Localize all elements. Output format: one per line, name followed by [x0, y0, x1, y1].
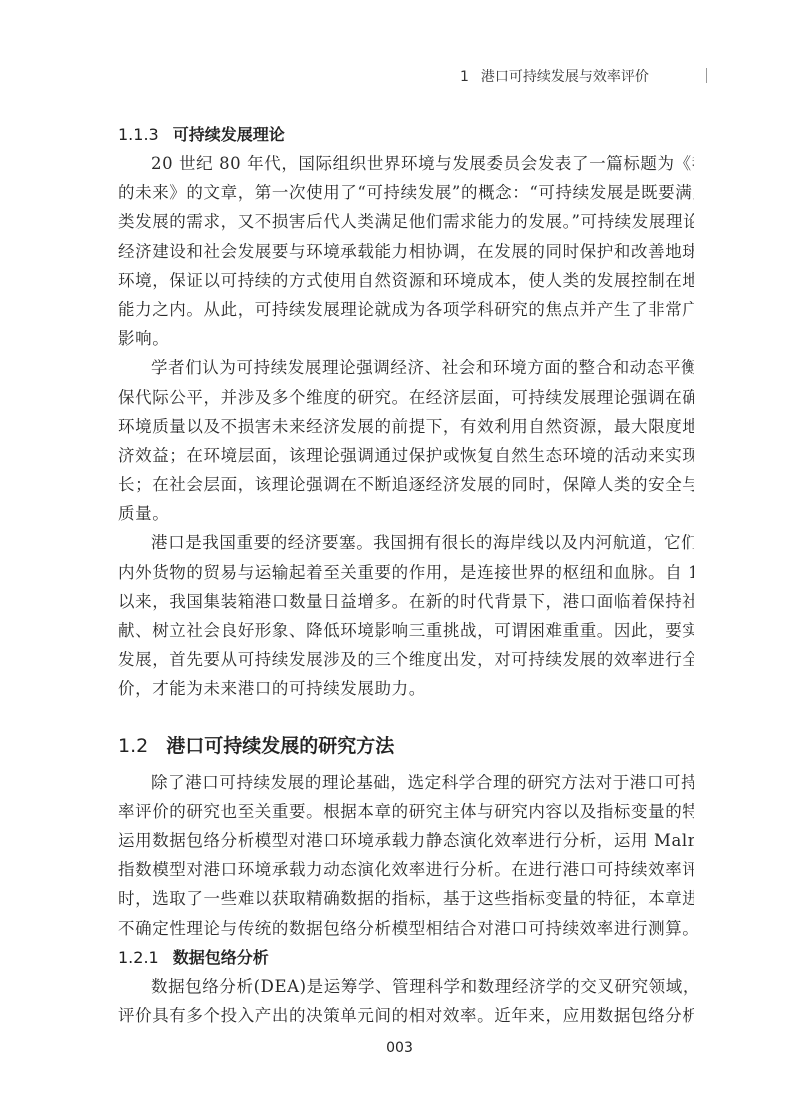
section-heading-1-2: 1.2港口可持续发展的研究方法 [118, 726, 694, 766]
text-line: 保代际公平，并涉及多个维度的研究。在经济层面，可持续发展理论强调在确保生态 [118, 383, 694, 412]
section-title: 数据包络分析 [173, 948, 269, 967]
running-header: 1港口可持续发展与效率评价 [460, 66, 710, 86]
text-line: 内外货物的贸易与运输起着至关重要的作用，是连接世界的枢纽和血脉。自 1985 年 [118, 558, 694, 587]
section-title: 可持续发展理论 [173, 125, 285, 144]
header-divider [706, 68, 707, 83]
text-line: 时，选取了一些难以获取精确数据的指标，基于这些指标变量的特征，本章进一步将 [118, 884, 694, 913]
text-line: 济效益；在环境层面，该理论强调通过保护或恢复自然生态环境的活动来实现经济增 [118, 441, 694, 470]
paragraph-research-methods: 除了港口可持续发展的理论基础，选定科学合理的研究方法对于港口可持续效 率评价的研… [118, 768, 694, 943]
section-number: 1.2 [118, 735, 148, 757]
section-heading-1-2-1: 1.2.1数据包络分析 [118, 943, 694, 972]
section-number: 1.1.3 [118, 125, 159, 144]
text-line: 价，才能为未来港口的可持续发展助力。 [118, 674, 694, 703]
text-line: 运用数据包络分析模型对港口环境承载力静态演化效率进行分析，运用 Malmquis… [118, 826, 694, 855]
text-line: 不确定性理论与传统的数据包络分析模型相结合对港口可持续效率进行测算。 [118, 914, 694, 943]
text-line: 环境质量以及不损害未来经济发展的前提下，有效利用自然资源，最大限度地提高经 [118, 412, 694, 441]
section-heading-1-1-3: 1.1.3可持续发展理论 [118, 120, 694, 149]
text-line: 港口是我国重要的经济要塞。我国拥有很长的海岸线以及内河航道，它们对国 [118, 528, 694, 557]
paragraph-dea-intro: 数据包络分析(DEA)是运筹学、管理科学和数理经济学的交叉研究领域，用来 评价具… [118, 972, 694, 1030]
text-line: 发展，首先要从可持续发展涉及的三个维度出发，对可持续发展的效率进行全面评 [118, 645, 694, 674]
chapter-number: 1 [460, 69, 469, 85]
page-body: 1.1.3可持续发展理论 20 世纪 80 年代，国际组织世界环境与发展委员会发… [118, 120, 694, 1030]
text-line: 率评价的研究也至关重要。根据本章的研究主体与研究内容以及指标变量的特征， [118, 797, 694, 826]
chapter-title: 港口可持续发展与效率评价 [481, 69, 649, 85]
text-line: 以来，我国集装箱港口数量日益增多。在新的时代背景下，港口面临着保持社会贡 [118, 587, 694, 616]
text-line: 长；在社会层面，该理论强调在不断追逐经济发展的同时，保障人类的安全与生活 [118, 470, 694, 499]
page-number: 003 [0, 1040, 799, 1056]
text-line: 质量。 [118, 499, 694, 528]
paragraph-port-importance: 港口是我国重要的经济要塞。我国拥有很长的海岸线以及内河航道，它们对国 内外货物的… [118, 528, 694, 703]
paragraph-sustainability-origin: 20 世纪 80 年代，国际组织世界环境与发展委员会发表了一篇标题为《我们共同 … [118, 149, 694, 353]
text-line: 环境，保证以可持续的方式使用自然资源和环境成本，使人类的发展控制在地球承载 [118, 266, 694, 295]
text-line: 经济建设和社会发展要与环境承载能力相协调，在发展的同时保护和改善地球生态 [118, 237, 694, 266]
section-number: 1.2.1 [118, 948, 159, 967]
text-line: 指数模型对港口环境承载力动态演化效率进行分析。在进行港口可持续效率评价 [118, 855, 694, 884]
text-line: 献、树立社会良好形象、降低环境影响三重挑战，可谓困难重重。因此，要实现可持续 [118, 616, 694, 645]
section-title: 港口可持续发展的研究方法 [166, 735, 394, 757]
text-line: 能力之内。从此，可持续发展理论就成为各项学科研究的焦点并产生了非常广泛的 [118, 295, 694, 324]
text-line: 除了港口可持续发展的理论基础，选定科学合理的研究方法对于港口可持续效 [118, 768, 694, 797]
text-line: 影响。 [118, 324, 694, 353]
text-line: 的未来》的文章，第一次使用了“可持续发展”的概念：“可持续发展是既要满足当前人 [118, 178, 694, 207]
paragraph-sustainability-dimensions: 学者们认为可持续发展理论强调经济、社会和环境方面的整合和动态平衡，以确 保代际公… [118, 353, 694, 528]
text-line: 20 世纪 80 年代，国际组织世界环境与发展委员会发表了一篇标题为《我们共同 [118, 149, 694, 178]
text-line: 类发展的需求，又不损害后代人类满足他们需求能力的发展。”可持续发展理论认为 [118, 207, 694, 236]
text-line: 评价具有多个投入产出的决策单元间的相对效率。近年来，应用数据包络分析的方 [118, 1001, 694, 1030]
text-line: 数据包络分析(DEA)是运筹学、管理科学和数理经济学的交叉研究领域，用来 [118, 972, 694, 1001]
text-line: 学者们认为可持续发展理论强调经济、社会和环境方面的整合和动态平衡，以确 [118, 353, 694, 382]
